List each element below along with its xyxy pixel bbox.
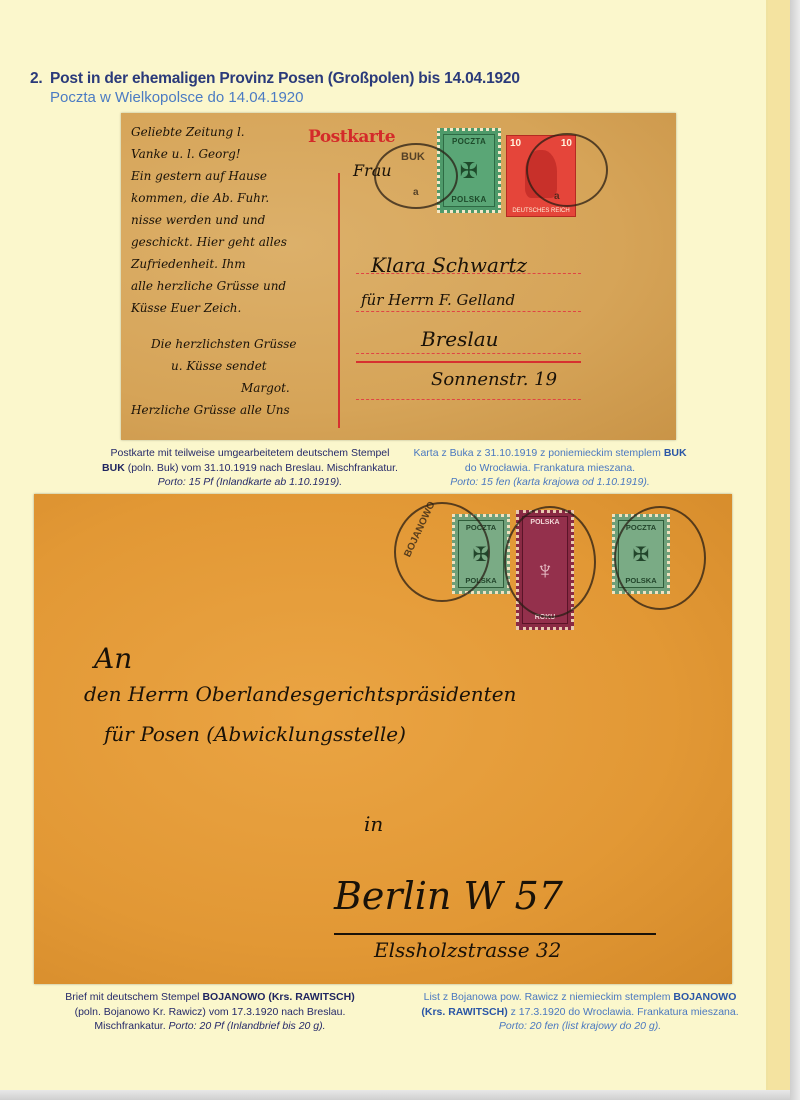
postmark-buk [526,133,608,207]
message-line: nisse werden und und [131,209,296,231]
address-underline [334,933,656,935]
message-line: Geliebte Zeitung l. [131,121,296,143]
section-title-de-text: Post in der ehemaligen Provinz Posen (Gr… [50,70,520,87]
page-bottom-edge [0,1090,790,1100]
postcard-message: Geliebte Zeitung l. Vanke u. l. Georg! E… [131,121,296,421]
caption-envelope-de: Brief mit deutschem Stempel BOJANOWO (Kr… [40,990,380,1034]
message-line: Ein gestern auf Hause [131,165,296,187]
section-title-de: 2.Post in der ehemaligen Provinz Posen (… [30,70,520,88]
postmark-bojanowo [614,506,706,610]
message-line: alle herzliche Grüsse und [131,275,296,297]
message-line: kommen, die Ab. Fuhr. [131,187,296,209]
section-number: 2. [30,70,50,88]
postcard-address-line: Sonnenstr. 19 [431,369,557,390]
envelope-image: POCZTA✠POLSKA POLSKA♆ROKU POCZTA✠POLSKA … [34,494,732,984]
postcard-address-line: Breslau [421,327,499,351]
postcard-printed-title: Postkarte [308,127,395,147]
message-line: Zufriedenheit. Ihm [131,253,296,275]
envelope-address-line: in [364,812,383,836]
postmark-bojanowo [504,506,596,618]
message-line: Die herzlichsten Grüsse [131,333,296,355]
page-margin-strip [768,0,790,1100]
message-line: Margot. [131,377,296,399]
message-line: Vanke u. l. Georg! [131,143,296,165]
caption-envelope-pl: List z Bojanowa pow. Rawicz z niemieckim… [400,990,760,1034]
envelope-address-line: den Herrn Oberlandesgerichtspräsidenten [84,682,516,706]
message-line: Küsse Euer Zeich. [131,297,296,319]
page-edge [790,0,800,1100]
message-line: geschickt. Hier geht alles [131,231,296,253]
message-line: u. Küsse sendet [131,355,296,377]
postcard-address-line: für Herrn F. Gelland [361,291,515,309]
envelope-address-line: Berlin W 57 [334,874,563,918]
postcard-image: Postkarte Geliebte Zeitung l. Vanke u. l… [121,113,676,440]
caption-postcard-pl: Karta z Buka z 31.10.1919 z poniemieckim… [400,446,700,490]
envelope-address-line: Elssholzstrasse 32 [374,938,561,962]
eagle-icon: ✠ [460,160,478,182]
caption-postcard-de: Postkarte mit teilweise umgearbeitetem d… [100,446,400,490]
envelope-address-line: für Posen (Abwicklungsstelle) [104,722,406,746]
message-line: Herzliche Grüsse alle Uns [131,399,296,421]
postcard-divider [338,173,340,428]
envelope-address-line: An [94,642,132,675]
section-title-pl: Poczta w Wielkopolsce do 14.04.1920 [50,89,303,106]
